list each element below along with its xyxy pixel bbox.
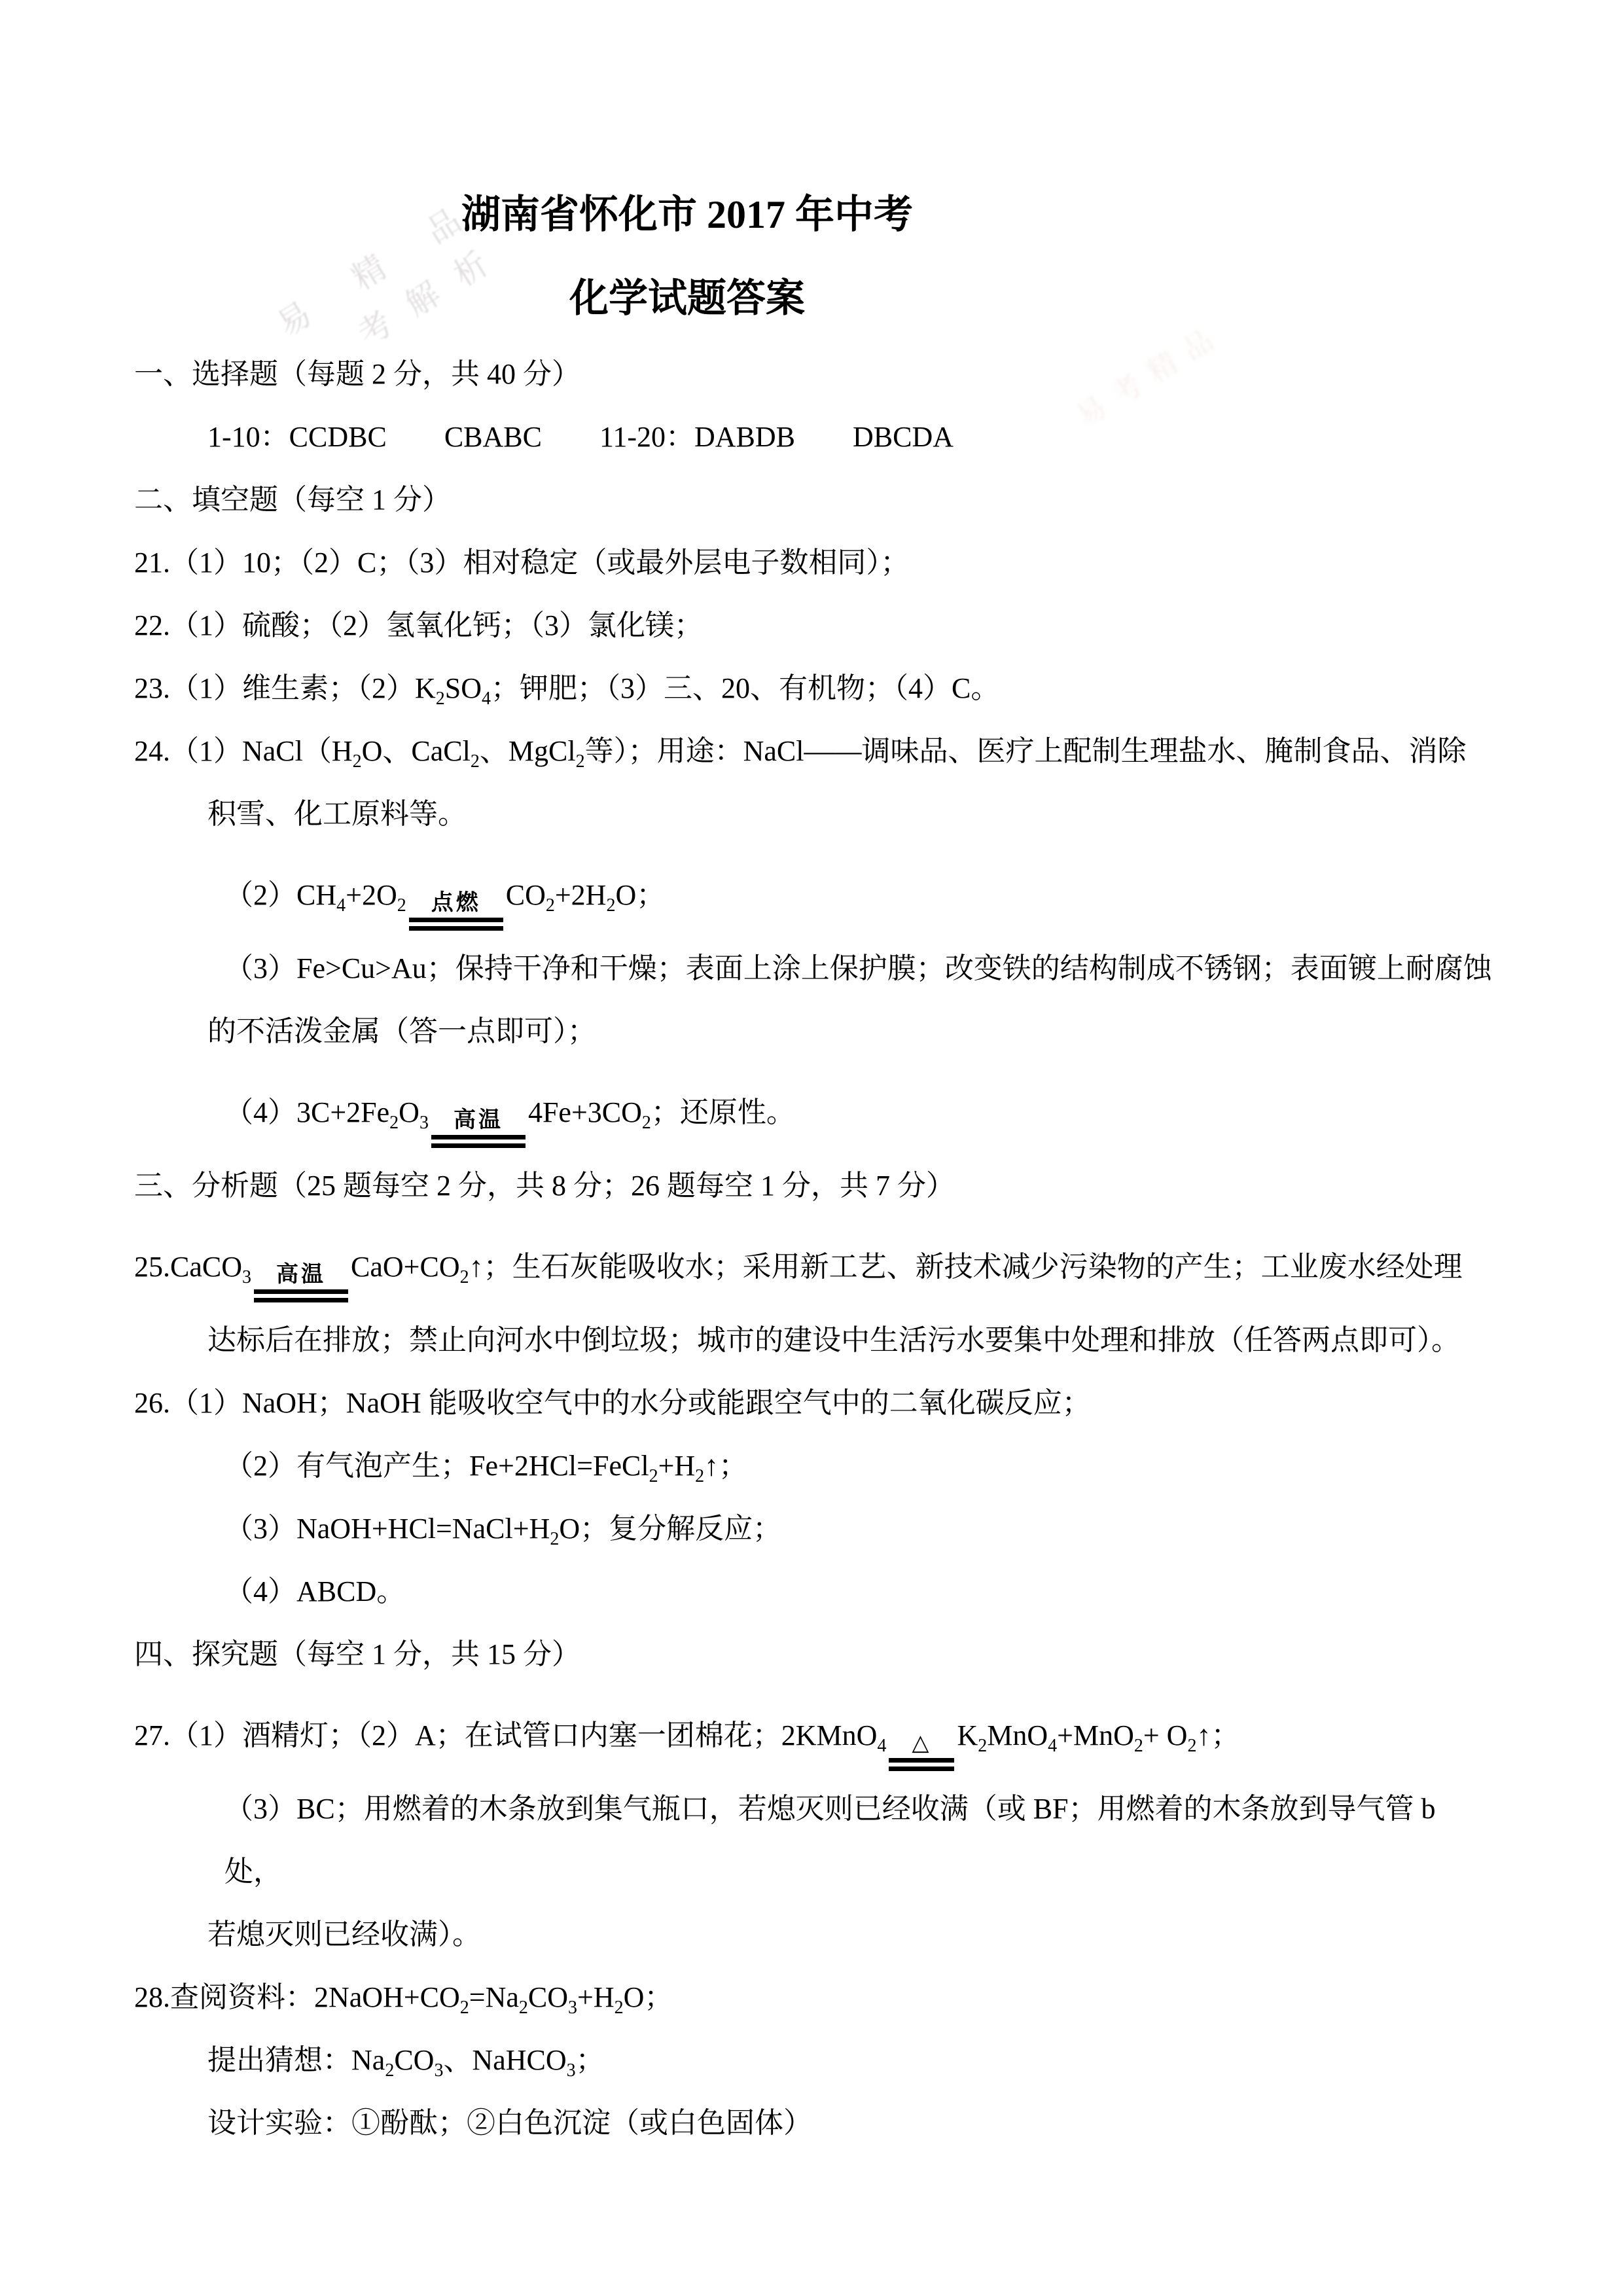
text-run: +H	[658, 1450, 696, 1482]
doc-line: （3）BC；用燃着的木条放到集气瓶口，若熄灭则已经收满（或 BF；用燃着的木条放…	[134, 1778, 1499, 1903]
text-run: O；复分解反应；	[559, 1513, 781, 1545]
doc-line: 25.CaCO3高温CaO+CO2↑；生石灰能吸收水；采用新工艺、新技术减少污染…	[134, 1236, 1499, 1302]
subscript: 2	[385, 2060, 394, 2081]
doc-title-line2: 化学试题答案	[0, 275, 1374, 322]
subscript: 2	[519, 1998, 528, 2018]
doc-line: 四、探究题（每空 1 分，共 15 分）	[134, 1623, 1499, 1686]
text-run: 26.（1）NaOH；NaOH 能吸收空气中的水分或能跟空气中的二氧化碳反应；	[134, 1387, 1091, 1419]
reaction-condition: △	[889, 1731, 954, 1771]
text-run: CO	[394, 2044, 434, 2076]
doc-line: 22.（1）硫酸；（2）氢氧化钙；（3）氯化镁；	[134, 594, 1499, 657]
text-run: （4）ABCD。	[224, 1575, 405, 1607]
text-run: O；	[615, 879, 665, 911]
equals-double-line	[254, 1289, 348, 1302]
subscript: 2	[389, 1113, 399, 1133]
text-run: 设计实验：①酚酞；②白色沉淀（或白色固体）	[207, 2107, 812, 2139]
subscript: 2	[1187, 1736, 1196, 1756]
text-run: （3）Fe>Cu>Au；保持干净和干燥；表面上涂上保护膜；改变铁的结构制成不锈钢…	[224, 952, 1492, 984]
subscript: 2	[460, 1267, 469, 1287]
subscript: 2	[436, 689, 445, 709]
text-run: +2O	[346, 879, 397, 911]
text-run: 、MgCl	[480, 735, 576, 767]
doc-line: （2）有气泡产生；Fe+2HCl=FeCl2+H2↑；	[134, 1435, 1499, 1498]
text-run: （2）CH	[224, 879, 336, 911]
doc-line: 三、分析题（25 题每空 2 分，共 8 分；26 题每空 1 分，共 7 分）	[134, 1155, 1499, 1217]
subscript: 3	[419, 1113, 429, 1133]
doc-line: 若熄灭则已经收满）。	[134, 1903, 1499, 1966]
text-run: + O	[1143, 1719, 1188, 1751]
text-run: 等）；用途：NaCl——调味品、医疗上配制生理盐水、腌制食品、消除	[585, 735, 1467, 767]
subscript: 2	[606, 895, 615, 916]
doc-line: （4）3C+2Fe2O3高温4Fe+3CO2；还原性。	[134, 1081, 1499, 1148]
subscript: 3	[242, 1267, 251, 1287]
subscript: 2	[695, 1466, 704, 1486]
doc-line: 提出猜想：Na2CO3、NaHCO3；	[134, 2029, 1499, 2092]
text-run: 二、填空题（每空 1 分）	[134, 484, 451, 516]
reaction-condition: 点燃	[409, 890, 503, 931]
text-run: 4Fe+3CO	[528, 1096, 642, 1128]
subscript: 2	[978, 1736, 987, 1756]
doc-line: 23.（1）维生素；（2）K2SO4；钾肥；（3）三、20、有机物；（4）C。	[134, 657, 1499, 720]
doc-line: （3）Fe>Cu>Au；保持干净和干燥；表面上涂上保护膜；改变铁的结构制成不锈钢…	[134, 937, 1499, 1000]
answer-lines: 一、选择题（每题 2 分，共 40 分）1-10：CCDBC CBABC 11-…	[0, 343, 1623, 2155]
text-run: CO	[528, 1981, 568, 2013]
reaction-condition-label: 高温	[431, 1107, 526, 1134]
subscript: 2	[546, 895, 555, 916]
text-run: ；钾肥；（3）三、20、有机物；（4）C。	[491, 672, 999, 704]
subscript: 2	[649, 1466, 658, 1486]
reaction-condition-label: 高温	[254, 1262, 348, 1288]
doc-line: 27.（1）酒精灯；（2）A；在试管口内塞一团棉花；2KMnO4△K2MnO4+…	[134, 1704, 1499, 1771]
doc-title-block: 湖南省怀化市 2017 年中考 化学试题答案	[0, 0, 1374, 322]
text-run: ；还原性。	[651, 1096, 795, 1128]
subscript: 2	[397, 895, 406, 916]
text-run: 若熄灭则已经收满）。	[207, 1918, 481, 1950]
doc-line: 21.（1）10；（2）C；（3）相对稳定（或最外层电子数相同）；	[134, 531, 1499, 594]
text-run: 25.CaCO	[134, 1251, 242, 1283]
text-run: K	[957, 1719, 978, 1751]
text-run: ↑；	[1196, 1719, 1240, 1751]
subscript: 2	[642, 1113, 651, 1133]
text-run: CaO+CO	[351, 1251, 460, 1283]
text-run: ；	[576, 2044, 605, 2076]
text-run: O；	[624, 1981, 673, 2013]
doc-line: 的不活泼金属（答一点即可）；	[134, 1000, 1499, 1063]
doc-line: 26.（1）NaOH；NaOH 能吸收空气中的水分或能跟空气中的二氧化碳反应；	[134, 1372, 1499, 1435]
subscript: 4	[877, 1736, 886, 1756]
text-run: MnO	[987, 1719, 1048, 1751]
subscript: 3	[567, 2060, 576, 2081]
equals-double-line	[431, 1135, 526, 1148]
reaction-condition: 高温	[254, 1262, 348, 1302]
doc-line: 积雪、化工原料等。	[134, 783, 1499, 846]
text-run: 的不活泼金属（答一点即可）；	[207, 1015, 596, 1047]
text-run: 三、分析题（25 题每空 2 分，共 8 分；26 题每空 1 分，共 7 分）	[134, 1170, 955, 1202]
subscript: 2	[460, 1998, 469, 2018]
doc-line: 达标后在排放；禁止向河水中倒垃圾；城市的建设中生活污水要集中处理和排放（任答两点…	[134, 1309, 1499, 1372]
doc-line: 1-10：CCDBC CBABC 11-20：DABDB DBCDA	[134, 406, 1499, 469]
doc-line: 24.（1）NaCl（H2O、CaCl2、MgCl2等）；用途：NaCl——调味…	[134, 720, 1499, 783]
exam-answer-page: 易 精 品 考解析 易考精品 湖南省怀化市 2017 年中考 化学试题答案 一、…	[0, 0, 1623, 2296]
subscript: 4	[482, 689, 491, 709]
subscript: 2	[353, 751, 362, 772]
subscript: 2	[576, 751, 585, 772]
doc-line: （4）ABCD。	[134, 1560, 1499, 1623]
text-run: 27.（1）酒精灯；（2）A；在试管口内塞一团棉花；2KMnO	[134, 1719, 877, 1751]
subscript: 2	[615, 1998, 624, 2018]
text-run: （3）NaOH+HCl=NaCl+H	[224, 1513, 550, 1545]
text-run: +MnO	[1057, 1719, 1134, 1751]
doc-title-line1: 湖南省怀化市 2017 年中考	[0, 191, 1374, 238]
text-run: +H	[577, 1981, 615, 2013]
doc-line: （2）CH4+2O2点燃CO2+2H2O；	[134, 864, 1499, 931]
reaction-condition-label: △	[889, 1731, 954, 1757]
text-run: （2）有气泡产生；Fe+2HCl=FeCl	[224, 1450, 649, 1482]
text-run: +2H	[555, 879, 607, 911]
text-run: ↑；	[704, 1450, 747, 1482]
doc-line: 二、填空题（每空 1 分）	[134, 469, 1499, 531]
text-run: 1-10：CCDBC CBABC 11-20：DABDB DBCDA	[207, 421, 954, 453]
text-run: =Na	[469, 1981, 519, 2013]
text-run: 提出猜想：Na	[207, 2044, 385, 2076]
text-run: 21.（1）10；（2）C；（3）相对稳定（或最外层电子数相同）；	[134, 547, 909, 579]
text-run: （3）BC；用燃着的木条放到集气瓶口，若熄灭则已经收满（或 BF；用燃着的木条放…	[224, 1793, 1443, 1888]
text-run: 、NaHCO	[443, 2044, 566, 2076]
subscript: 2	[1134, 1736, 1143, 1756]
text-run: 28.查阅资料：2NaOH+CO	[134, 1981, 460, 2013]
text-run: ↑；生石灰能吸收水；采用新工艺、新技术减少污染物的产生；工业废水经处理	[469, 1251, 1463, 1283]
subscript: 3	[434, 2060, 443, 2081]
equals-double-line	[409, 918, 503, 931]
reaction-condition: 高温	[431, 1107, 526, 1148]
text-run: （4）3C+2Fe	[224, 1096, 389, 1128]
text-run: O、CaCl	[362, 735, 471, 767]
doc-line: 28.查阅资料：2NaOH+CO2=Na2CO3+H2O；	[134, 1966, 1499, 2029]
text-run: O	[399, 1096, 419, 1128]
subscript: 4	[336, 895, 346, 916]
doc-line: 设计实验：①酚酞；②白色沉淀（或白色固体）	[134, 2092, 1499, 2155]
text-run: 24.（1）NaCl（H	[134, 735, 353, 767]
text-run: 四、探究题（每空 1 分，共 15 分）	[134, 1638, 580, 1670]
text-run: 达标后在排放；禁止向河水中倒垃圾；城市的建设中生活污水要集中处理和排放（任答两点…	[207, 1324, 1460, 1356]
text-run: CO	[506, 879, 546, 911]
subscript: 3	[568, 1998, 577, 2018]
text-run: 23.（1）维生素；（2）K	[134, 672, 436, 704]
subscript: 2	[471, 751, 480, 772]
reaction-condition-label: 点燃	[409, 890, 503, 916]
equals-double-line	[889, 1758, 954, 1771]
text-run: 积雪、化工原料等。	[207, 798, 467, 830]
subscript: 4	[1048, 1736, 1057, 1756]
subscript: 2	[550, 1529, 559, 1549]
text-run: SO	[445, 672, 482, 704]
doc-line: （3）NaOH+HCl=NaCl+H2O；复分解反应；	[134, 1498, 1499, 1560]
text-run: 22.（1）硫酸；（2）氢氧化钙；（3）氯化镁；	[134, 609, 703, 641]
